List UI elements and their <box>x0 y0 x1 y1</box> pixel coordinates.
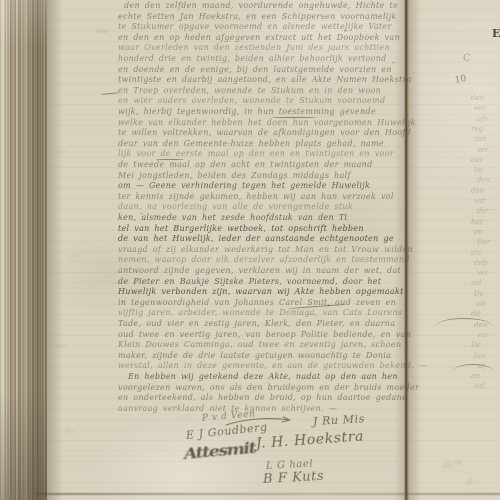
manuscript-line: oud twee en veertig jaren, van beroep Po… <box>118 330 411 341</box>
manuscript-line: Klein Douwes Camminga, oud twee en zeven… <box>118 340 401 351</box>
ink-stroke <box>101 92 119 95</box>
manuscript-line: te willen voltrekken, waarvan de afkondi… <box>118 128 411 139</box>
manuscript-line: En hebben wij getekend deze Akte, nadat … <box>128 372 398 383</box>
handwriting-layer: den den zelfden maand, voordurende ongeh… <box>0 0 500 500</box>
facing-page-text: dan <box>471 187 484 195</box>
manuscript-line: ken, alsmede van het zesde hoofdstuk van… <box>118 213 347 224</box>
facing-page-text: els <box>471 249 481 257</box>
manuscript-line: Huwelijk verbonden zijn, waarvan wij Akt… <box>118 287 404 298</box>
pencil-scribble: dij za <box>442 458 462 470</box>
signature: J Ru Mis <box>313 412 366 428</box>
manuscript-line: en wier ouders overleden, wonende te Stu… <box>118 96 385 107</box>
manuscript-line: voorgelezen waren, ons als den bruidegom… <box>118 383 419 394</box>
facing-page-text: reg <box>471 125 483 133</box>
facing-page-text: en <box>471 372 480 380</box>
margin-mark: mw <box>96 27 109 35</box>
manuscript-line: tel van het Burgerlijke wetboek, tot ops… <box>118 224 364 235</box>
manuscript-line: welke van elkander hebben het doen hun v… <box>118 118 416 129</box>
manuscript-line: te Stukumer opgave voornoemd en alsnede … <box>118 22 392 33</box>
manuscript-line: en doende en de eenige, bij den laatstge… <box>118 65 392 76</box>
facing-page-text: deb <box>474 259 487 267</box>
manuscript-line: antwoord zijnde gegeven, verklaren wij i… <box>118 266 401 277</box>
facing-page-text: dit <box>471 310 481 318</box>
manuscript-line: echte Setten Jan Hoekstra, en een Schipp… <box>118 12 397 23</box>
facing-page-text: den <box>477 176 490 184</box>
facing-page-text: zan <box>474 135 486 143</box>
facing-page-text: der <box>471 156 483 164</box>
facing-page-text: ah <box>477 300 486 308</box>
manuscript-line: Tade, oud vier en zestig jaren, Klerk, d… <box>118 319 395 330</box>
facing-page-text: Dor <box>477 238 490 246</box>
facing-page-print-fragment: C <box>463 53 471 64</box>
manuscript-line: waar Overleden van den zestienden Juni d… <box>118 43 390 54</box>
facing-page-text: lin <box>474 166 483 174</box>
manuscript-line: maker, zijnde de drie laatste getuigen w… <box>118 351 391 362</box>
facing-page-text: hor <box>474 352 486 360</box>
manuscript-line: twintigste en daarbij aangetoond, en all… <box>118 75 412 86</box>
signature: Attesmit <box>183 439 256 463</box>
manuscript-line: en den en op heden afgegeven extract uit… <box>118 33 400 44</box>
book-binding-page-edges <box>0 0 47 500</box>
signature: J. H. Hoekstra <box>255 428 364 452</box>
facing-page-text: De <box>471 341 481 349</box>
facing-page-text: De <box>474 290 484 298</box>
signature: B F Kuts <box>263 469 325 487</box>
facing-page-text: ver <box>474 104 485 112</box>
manuscript-line: en onderteekend, als hebben de bruid, op… <box>118 393 407 404</box>
facing-page-text: var <box>474 197 485 205</box>
manuscript-line: werstal, allen in deze gemeente, en aan … <box>118 361 427 372</box>
manuscript-line: in tegenwoordigheid van Johannes Carel S… <box>118 298 396 309</box>
facing-page-text: hor <box>471 218 483 226</box>
pencil-scribble: el <box>465 477 474 487</box>
bleed-through-text: ter <box>66 428 76 436</box>
bleed-through-text: en <box>58 148 67 156</box>
facing-page-text: zal <box>471 279 481 287</box>
facing-page-flourish <box>436 318 492 326</box>
manuscript-line: vijftig jaren, arbeider, wonende te Doni… <box>118 308 402 319</box>
facing-page-text: ver <box>477 269 488 277</box>
facing-page-text: var <box>477 331 488 339</box>
facing-page-flourish <box>452 364 494 372</box>
manuscript-line: nemen, waarop door elk derzelver afzonde… <box>118 255 410 266</box>
manuscript-line: den den zelfden maand, voordurende ongeh… <box>124 1 398 12</box>
facing-page-text: der <box>477 207 489 215</box>
manuscript-line: honderd drie en twintig, beiden alhier b… <box>118 54 387 65</box>
facing-page-text: ver <box>477 146 488 154</box>
manuscript-line: de tweede maal op den acht en twintigste… <box>118 160 373 171</box>
facing-page-text: afs <box>477 115 487 123</box>
manuscript-line: deur van den Gemeente-huize hebben plaat… <box>118 139 384 150</box>
manuscript-line: vraagd of zij elkander wederkerig tot Ma… <box>118 245 413 256</box>
bleed-through-text: van <box>55 342 68 350</box>
manuscript-line: om — Geene verhindering tegen het gemeld… <box>118 181 370 192</box>
manuscript-line: en Troep overleden, wonende te Stukum en… <box>118 86 381 97</box>
archival-register-scan: den den zelfden maand, voordurende ongeh… <box>0 0 500 500</box>
manuscript-line: wijk, hierbij tegenwoordig, in hun toest… <box>118 107 376 118</box>
facing-page-text: en <box>474 228 483 236</box>
facing-page-text: den <box>471 94 484 102</box>
manuscript-line: de van het Huwelijk, ieder der aanstaand… <box>118 234 394 245</box>
bleed-through-text: de <box>70 252 79 260</box>
manuscript-line: Mei jongstleden, beiden des Zondags midd… <box>118 171 351 182</box>
facing-page-print-fragment: E <box>492 27 500 40</box>
manuscript-line: de Pieter en Baukje Sijtske Pieters, voo… <box>118 277 381 288</box>
manuscript-line: daan, na voorlezing van alle de vorengem… <box>118 202 353 213</box>
facing-page-print-fragment: 10 <box>454 74 467 86</box>
facing-page-text: val <box>474 382 484 390</box>
manuscript-line: ter kennis zijnde gekomen, hebben wij aa… <box>118 192 394 203</box>
